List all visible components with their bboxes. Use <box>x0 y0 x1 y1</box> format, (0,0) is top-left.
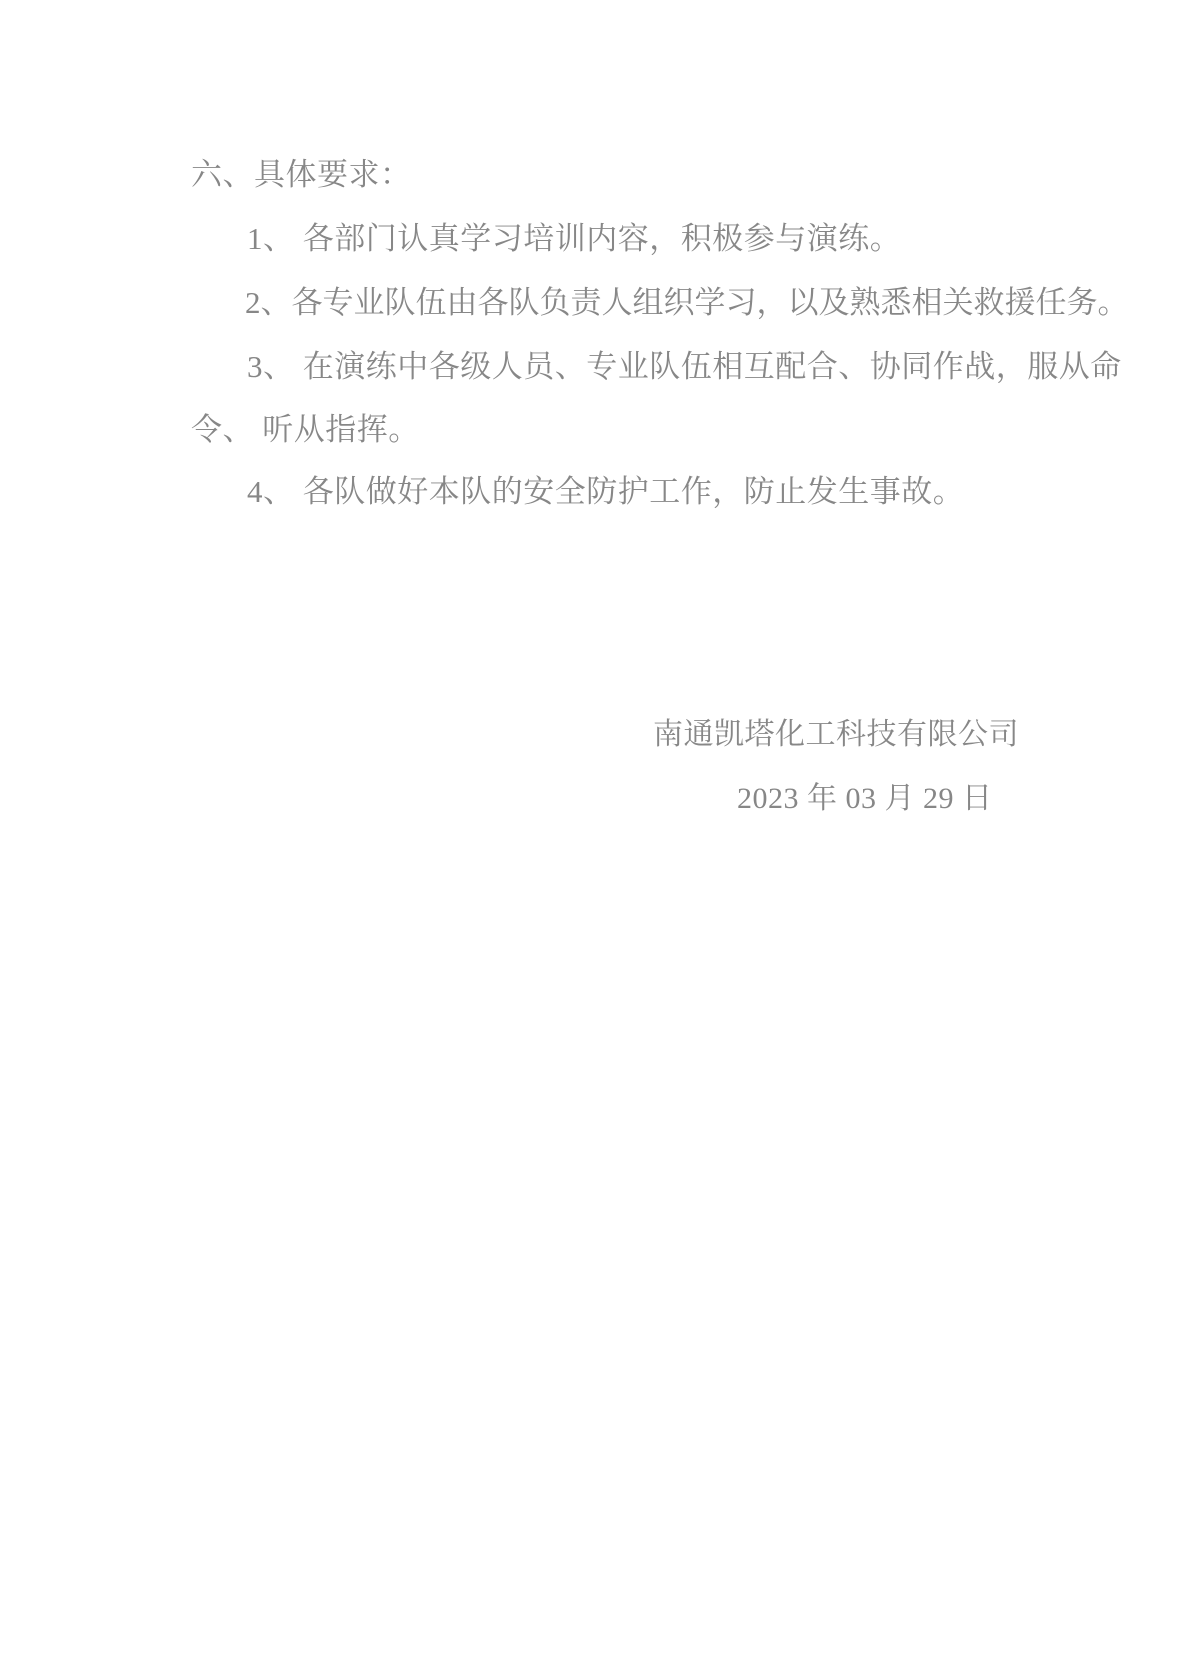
list-item-4: 4、 各队做好本队的安全防护工作，防止发生事故。 <box>247 474 964 510</box>
list-item-2: 2、各专业队伍由各队负责人组织学习，以及熟悉相关救援任务。 <box>245 285 1129 321</box>
section-heading: 六、具体要求： <box>191 157 412 193</box>
list-item-3: 3、 在演练中各级人员、专业队伍相互配合、协同作战，服从命 <box>247 349 1122 385</box>
signature-date: 2023 年 03 月 29 日 <box>737 782 993 816</box>
list-item-3-continuation: 令、 听从指挥。 <box>191 412 420 448</box>
list-item-1: 1、 各部门认真学习培训内容，积极参与演练。 <box>247 221 901 257</box>
signature-company-name: 南通凯塔化工科技有限公司 <box>653 718 1019 752</box>
scanned-document-page: 六、具体要求： 1、 各部门认真学习培训内容，积极参与演练。 2、各专业队伍由各… <box>0 0 1190 1678</box>
